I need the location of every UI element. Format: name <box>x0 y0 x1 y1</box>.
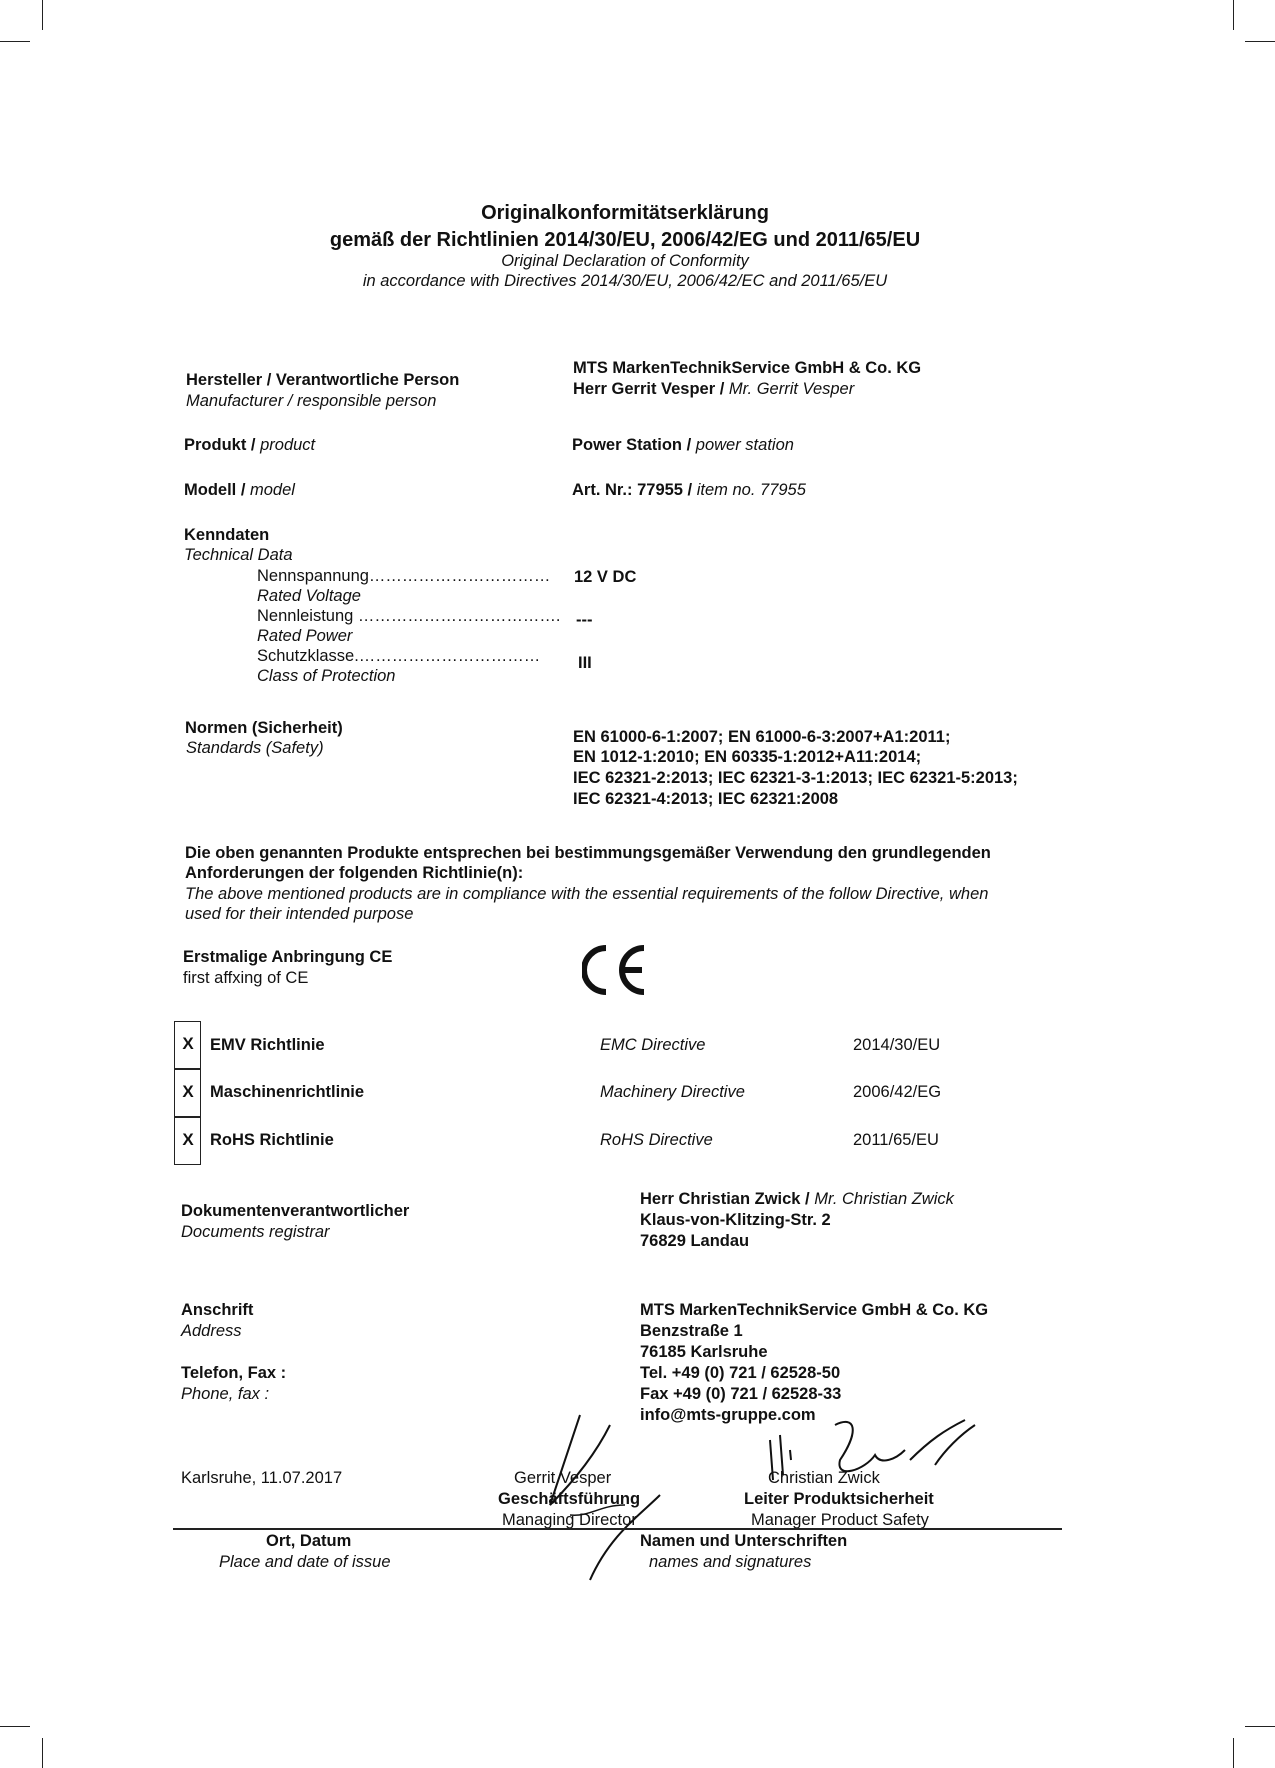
address-city: 76185 Karlsruhe <box>640 1342 768 1362</box>
manufacturer-person: Herr Gerrit Vesper / Mr. Gerrit Vesper <box>573 379 854 399</box>
crop-mark <box>1245 1726 1275 1727</box>
address-label: Anschrift <box>181 1300 253 1320</box>
directive-name-en: RoHS Directive <box>600 1130 713 1150</box>
crop-mark <box>0 41 30 42</box>
tech-row-voltage-name-en: Rated Voltage <box>257 586 361 606</box>
manufacturer-label-en: Manufacturer / responsible person <box>186 391 436 411</box>
tech-row-class-name-en: Class of Protection <box>257 666 395 686</box>
tech-row-class-name: Schutzklasse.…………………………… <box>257 646 540 666</box>
tech-row-power-value: --- <box>576 610 592 630</box>
manufacturer-person-en: Mr. Gerrit Vesper <box>729 380 854 398</box>
directive-check-mark: X <box>174 1082 202 1102</box>
footer-place-label-en: Place and date of issue <box>219 1552 391 1572</box>
document-subtitle: gemäß der Richtlinien 2014/30/EU, 2006/4… <box>0 229 1250 252</box>
crop-mark <box>0 1726 30 1727</box>
directive-number: 2006/42/EG <box>853 1082 941 1102</box>
footer-names-label: Namen und Unterschriften <box>640 1531 847 1551</box>
address-company: MTS MarkenTechnikService GmbH & Co. KG <box>640 1300 988 1320</box>
directive-name-de: Maschinenrichtlinie <box>210 1082 364 1102</box>
crop-mark <box>42 1738 43 1768</box>
model-value: Art. Nr.: 77955 / item no. 77955 <box>572 480 806 500</box>
document-title-en: Original Declaration of Conformity <box>0 252 1250 271</box>
footer-place-label: Ort, Datum <box>266 1531 351 1551</box>
directive-name-en: Machinery Directive <box>600 1082 745 1102</box>
product-value-en: power station <box>696 436 794 454</box>
technical-label-en: Technical Data <box>184 545 293 565</box>
tech-row-power-name-en: Rated Power <box>257 626 352 646</box>
address-label-en: Address <box>181 1321 242 1341</box>
tech-row-power-name: Nennleistung ………………………………. <box>257 606 561 626</box>
signature-divider <box>173 1528 1062 1530</box>
place-date: Karlsruhe, 11.07.2017 <box>181 1468 342 1488</box>
model-label: Modell / model <box>184 480 295 500</box>
document-title: Originalkonformitätserklärung <box>0 202 1250 225</box>
directive-check-mark: X <box>174 1130 202 1150</box>
signer2-title-en: Manager Product Safety <box>751 1510 929 1530</box>
manufacturer-label: Hersteller / Verantwortliche Person <box>186 370 459 390</box>
technical-label: Kenndaten <box>184 525 269 545</box>
directive-check-mark: X <box>174 1034 202 1054</box>
manufacturer-person-de: Herr Gerrit Vesper / <box>573 380 729 398</box>
ce-mark-icon <box>582 944 652 1001</box>
document-subtitle-en: in accordance with Directives 2014/30/EU… <box>0 272 1250 291</box>
signature-zwick-icon <box>765 1410 985 1490</box>
directive-name-en: EMC Directive <box>600 1035 705 1055</box>
compliance-statement-de: Die oben genannten Produkte entsprechen … <box>185 843 991 863</box>
standards-label-en: Standards (Safety) <box>186 738 324 758</box>
product-label-en: product <box>260 436 315 454</box>
compliance-statement-en-2: used for their intended purpose <box>185 904 413 924</box>
standards-line: EN 1012-1:2010; EN 60335-1:2012+A11:2014… <box>573 747 921 767</box>
model-label-en: model <box>250 481 295 499</box>
standards-line: EN 61000-6-1:2007; EN 61000-6-3:2007+A1:… <box>573 727 950 747</box>
contact-label: Telefon, Fax : <box>181 1363 286 1383</box>
ce-label: Erstmalige Anbringung CE <box>183 947 392 967</box>
tech-row-voltage-value: 12 V DC <box>574 567 636 587</box>
standards-label: Normen (Sicherheit) <box>185 718 343 738</box>
compliance-statement-en: The above mentioned products are in comp… <box>185 884 988 904</box>
registrar-city: 76829 Landau <box>640 1231 749 1251</box>
registrar-label-en: Documents registrar <box>181 1222 330 1242</box>
manufacturer-company: MTS MarkenTechnikService GmbH & Co. KG <box>573 358 921 378</box>
directive-name-de: EMV Richtlinie <box>210 1035 325 1055</box>
model-value-de: Art. Nr.: 77955 / <box>572 481 697 499</box>
crop-mark <box>1245 41 1275 42</box>
registrar-label: Dokumentenverantwortlicher <box>181 1201 409 1221</box>
crop-mark <box>42 0 43 30</box>
ce-label-en: first affxing of CE <box>183 968 308 988</box>
footer-names-label-en: names and signatures <box>649 1552 811 1572</box>
registrar-name: Herr Christian Zwick / Mr. Christian Zwi… <box>640 1189 954 1209</box>
registrar-name-de: Herr Christian Zwick / <box>640 1190 814 1208</box>
model-label-de: Modell / <box>184 481 250 499</box>
product-label-de: Produkt / <box>184 436 260 454</box>
contact-fax: Fax +49 (0) 721 / 62528-33 <box>640 1384 841 1404</box>
crop-mark <box>1233 1738 1234 1768</box>
contact-tel: Tel. +49 (0) 721 / 62528-50 <box>640 1363 840 1383</box>
contact-label-en: Phone, fax : <box>181 1384 269 1404</box>
standards-line: IEC 62321-2:2013; IEC 62321-3-1:2013; IE… <box>573 768 1018 788</box>
address-street: Benzstraße 1 <box>640 1321 743 1341</box>
directive-number: 2011/65/EU <box>853 1130 939 1150</box>
directive-name-de: RoHS Richtlinie <box>210 1130 334 1150</box>
product-value: Power Station / power station <box>572 435 794 455</box>
directive-number: 2014/30/EU <box>853 1035 940 1055</box>
product-value-de: Power Station / <box>572 436 696 454</box>
registrar-street: Klaus-von-Klitzing-Str. 2 <box>640 1210 831 1230</box>
crop-mark <box>1233 0 1234 30</box>
registrar-name-en: Mr. Christian Zwick <box>814 1190 954 1208</box>
model-value-en: item no. 77955 <box>697 481 806 499</box>
signer2-title-de: Leiter Produktsicherheit <box>744 1489 934 1509</box>
compliance-statement-de-2: Anforderungen der folgenden Richtlinie(n… <box>185 863 523 883</box>
tech-row-class-value: III <box>578 653 592 673</box>
standards-line: IEC 62321-4:2013; IEC 62321:2008 <box>573 789 838 809</box>
tech-row-voltage-name: Nennspannung…………………………… <box>257 566 550 586</box>
product-label: Produkt / product <box>184 435 315 455</box>
